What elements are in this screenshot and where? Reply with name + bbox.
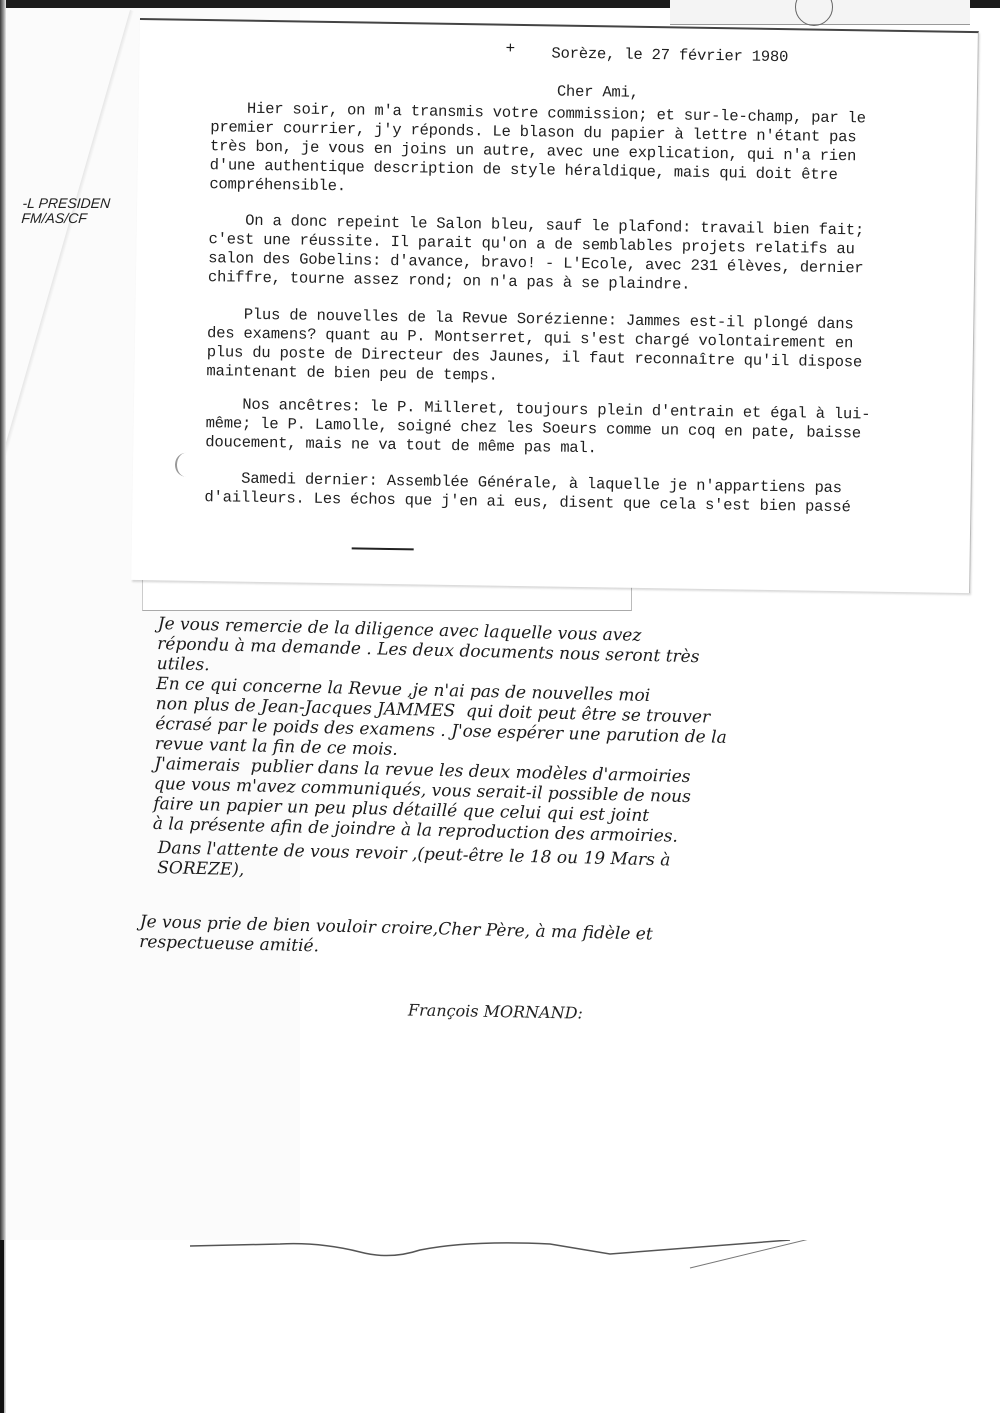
scan-left-edge-dark — [0, 1240, 4, 1413]
reply-body: Je vous remercie de la diligence avec la… — [153, 614, 730, 848]
typed-letter: + Sorèze, le 27 février 1980 Cher Ami, H… — [131, 18, 979, 593]
signature: François MORNAND: — [408, 1000, 583, 1022]
reference-code: FM/AS/CF — [21, 211, 110, 226]
paper-crease — [90, 1240, 870, 1270]
letter-paragraph: Hier soir, on m'a transmis votre commiss… — [209, 99, 866, 204]
letter-paragraph: On a donc repeint le Salon bleu, sauf le… — [208, 211, 864, 297]
letter-date: Sorèze, le 27 février 1980 — [551, 44, 788, 67]
letter-paragraph: Samedi dernier: Assemblée Générale, à la… — [204, 469, 851, 517]
letter-salutation: Cher Ami, — [557, 83, 639, 103]
scan-left-edge — [0, 0, 6, 1413]
letter-paragraph: Plus de nouvelles de la Revue Sorézienne… — [206, 305, 862, 391]
punch-hole — [175, 453, 197, 477]
cross-mark: + — [505, 40, 515, 58]
pen-mark — [795, 0, 833, 26]
letter-paragraph: Nos ancêtres: le P. Milleret, toujours p… — [205, 395, 870, 462]
underlying-sheet-edge — [670, 0, 970, 25]
letterhead-reference: -L PRESIDEN FM/AS/CF — [21, 196, 111, 226]
separator-line — [352, 547, 414, 550]
letterhead-title: -L PRESIDEN — [22, 196, 111, 211]
